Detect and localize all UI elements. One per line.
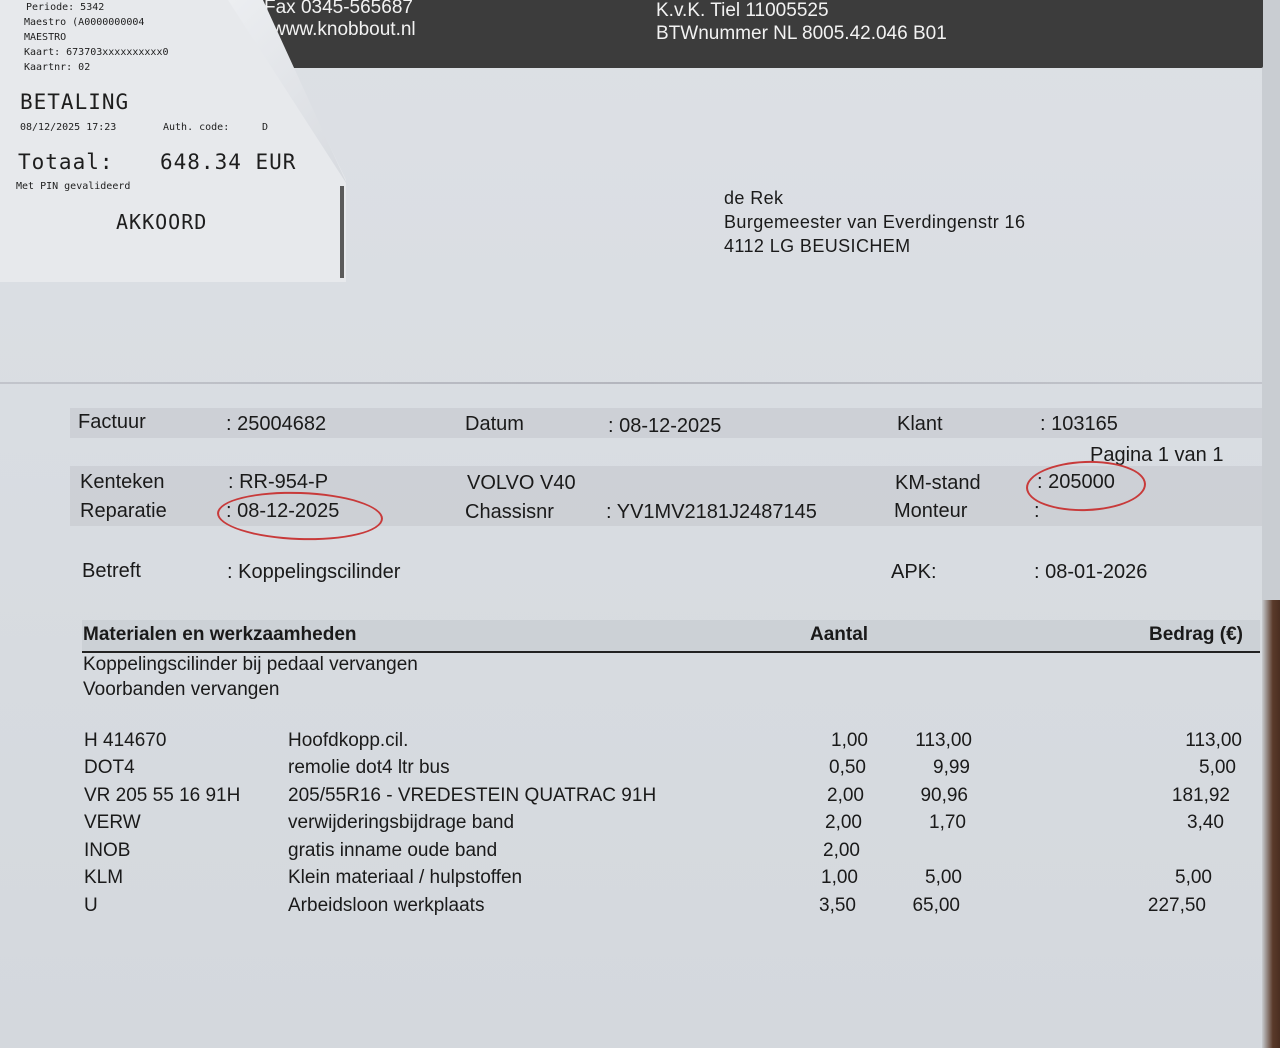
company-header: Fax 0345-565687 www.knobbout.nl K.v.K. T…	[250, 0, 1263, 68]
item-quantity: 2,00	[825, 812, 862, 834]
receipt-pin-note: Met PIN gevalideerd	[16, 181, 130, 192]
invoice-date: : 08-12-2025	[608, 415, 721, 438]
item-code: VR 205 55 16 91H	[84, 785, 240, 807]
customer-city: 4112 LG BEUSICHEM	[724, 234, 1025, 258]
receipt-card-seq: Kaartnr: 02	[24, 62, 90, 73]
table-row: KLMKlein materiaal / hulpstoffen1,005,00…	[0, 867, 1262, 894]
receipt-title: BETALING	[20, 90, 129, 114]
receipt-edge	[340, 186, 344, 278]
table-row: H 414670Hoofdkopp.cil.1,00113,00113,00	[0, 730, 1262, 757]
item-amount: 5,00	[1199, 757, 1236, 779]
item-description: gratis inname oude band	[288, 840, 497, 862]
vat-number: BTWnummer NL 8005.42.046 B01	[656, 23, 947, 45]
item-code: U	[84, 895, 98, 917]
table-header-rule	[82, 651, 1260, 653]
receipt-card-app: Maestro (A0000000004	[24, 17, 144, 28]
customer-number: : 103165	[1040, 413, 1118, 436]
work-description: Voorbanden vervangen	[83, 679, 280, 701]
mileage-label: KM-stand	[895, 472, 981, 495]
fax-number: Fax 0345-565687	[264, 0, 413, 19]
kvk-number: K.v.K. Tiel 11005525	[656, 0, 829, 22]
subject-value: : Koppelingscilinder	[227, 561, 400, 584]
receipt-card-number: Kaart: 673703xxxxxxxxxx0	[24, 47, 169, 58]
receipt-periode: Periode: 5342	[26, 2, 104, 13]
item-amount: 5,00	[1175, 867, 1212, 889]
item-quantity: 0,50	[829, 757, 866, 779]
item-quantity: 1,00	[831, 730, 868, 752]
receipt-auth-code: D	[262, 122, 268, 133]
item-code: VERW	[84, 812, 141, 834]
item-description: remolie dot4 ltr bus	[288, 757, 450, 779]
column-header-materials: Materialen en werkzaamheden	[83, 624, 357, 646]
item-amount: 227,50	[1148, 895, 1206, 917]
chassis-label: Chassisnr	[465, 501, 554, 524]
mechanic-label: Monteur	[894, 500, 967, 523]
item-code: KLM	[84, 867, 123, 889]
chassis-number: : YV1MV2181J2487145	[606, 501, 817, 524]
company-website: www.knobbout.nl	[272, 19, 416, 41]
customer-name: de Rek	[724, 186, 1025, 210]
item-unit-price: 65,00	[912, 895, 960, 917]
item-unit-price: 90,96	[920, 785, 968, 807]
item-quantity: 2,00	[823, 840, 860, 862]
column-header-quantity: Aantal	[810, 624, 868, 646]
receipt-datetime: 08/12/2025 17:23	[20, 122, 116, 133]
customer-address: de Rek Burgemeester van Everdingenstr 16…	[724, 186, 1025, 258]
customer-street: Burgemeester van Everdingenstr 16	[724, 210, 1025, 234]
table-row: UArbeidsloon werkplaats3,5065,00227,50	[0, 895, 1262, 922]
item-code: INOB	[84, 840, 130, 862]
item-code: DOT4	[84, 757, 135, 779]
item-code: H 414670	[84, 730, 166, 752]
invoice-number-label: Factuur	[78, 411, 146, 434]
item-unit-price: 5,00	[925, 867, 962, 889]
item-quantity: 1,00	[821, 867, 858, 889]
repair-date-label: Reparatie	[80, 500, 167, 523]
receipt-card-brand: MAESTRO	[24, 32, 66, 43]
receipt-total-label: Totaal:	[18, 150, 114, 174]
item-description: Klein materiaal / hulpstoffen	[288, 867, 522, 889]
receipt-auth-label: Auth. code:	[163, 122, 229, 133]
item-description: Arbeidsloon werkplaats	[288, 895, 484, 917]
work-description: Koppelingscilinder bij pedaal vervangen	[83, 654, 418, 676]
table-row: INOBgratis inname oude band2,00	[0, 840, 1262, 867]
license-plate-label: Kenteken	[80, 471, 165, 494]
item-unit-price: 1,70	[929, 812, 966, 834]
item-unit-price: 9,99	[933, 757, 970, 779]
page-edge	[1262, 0, 1280, 600]
table-row: VERWverwijderingsbijdrage band2,001,703,…	[0, 812, 1262, 839]
apk-label: APK:	[891, 561, 937, 584]
item-quantity: 2,00	[827, 785, 864, 807]
column-header-amount: Bedrag (€)	[1149, 624, 1243, 646]
item-description: verwijderingsbijdrage band	[288, 812, 514, 834]
item-amount: 3,40	[1187, 812, 1224, 834]
item-quantity: 3,50	[819, 895, 856, 917]
item-description: Hoofdkopp.cil.	[288, 730, 408, 752]
item-amount: 113,00	[1185, 730, 1242, 752]
table-row: VR 205 55 16 91H205/55R16 - VREDESTEIN Q…	[0, 785, 1262, 812]
receipt-total-value: 648.34 EUR	[160, 150, 296, 174]
mechanic-value: :	[1034, 500, 1040, 523]
table-row: DOT4remolie dot4 ltr bus0,509,995,00	[0, 757, 1262, 784]
paper-fold	[0, 382, 1262, 384]
date-label: Datum	[465, 413, 524, 436]
item-description: 205/55R16 - VREDESTEIN QUATRAC 91H	[288, 785, 656, 807]
subject-label: Betreft	[82, 560, 141, 583]
receipt-status: AKKOORD	[116, 210, 207, 234]
vehicle-model: VOLVO V40	[467, 472, 576, 495]
customer-label: Klant	[897, 413, 943, 436]
apk-date: : 08-01-2026	[1034, 561, 1147, 584]
item-unit-price: 113,00	[915, 730, 972, 752]
license-plate: : RR-954-P	[228, 471, 328, 494]
item-amount: 181,92	[1172, 785, 1230, 807]
table-surface	[1262, 600, 1280, 1048]
invoice-number: : 25004682	[226, 413, 326, 436]
